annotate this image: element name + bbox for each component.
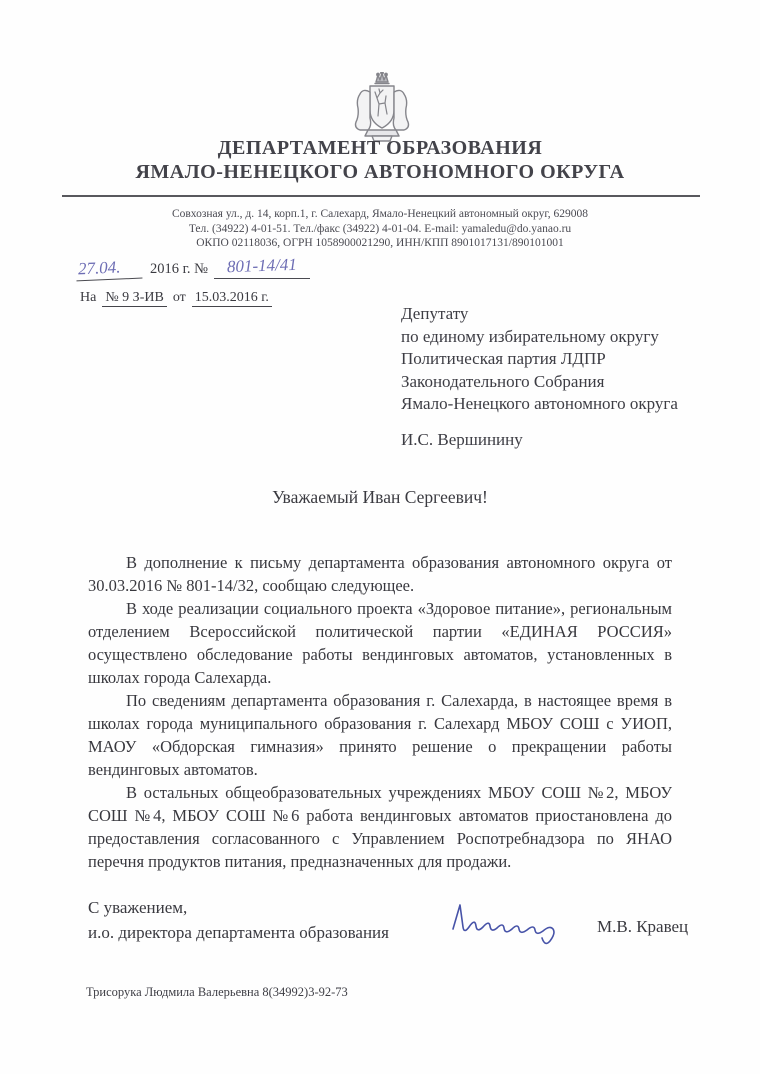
- address-line: Совхозная ул., д. 14, корп.1, г. Салехар…: [0, 207, 760, 222]
- salutation: Уважаемый Иван Сергеевич!: [0, 487, 760, 508]
- outgoing-number-field: 801-14/41: [214, 258, 310, 279]
- scanned-letter-page: ДЕПАРТАМЕНТ ОБРАЗОВАНИЯ ЯМАЛО-НЕНЕЦКОГО …: [0, 0, 760, 1074]
- closing-block: С уважением, и.о. директора департамента…: [88, 896, 389, 945]
- recipient-line: Политическая партия ЛДПР: [401, 348, 678, 371]
- header-divider: [62, 195, 700, 197]
- handwritten-signature-icon: [447, 897, 569, 954]
- date-printed-part: 2016 г. №: [150, 261, 208, 277]
- executor-contact: Трисорука Людмила Валерьевна 8(34992)3-9…: [86, 985, 348, 1000]
- reply-number: № 9 З-ИВ: [102, 290, 166, 307]
- address-line: Тел. (34922) 4-01-51. Тел./факс (34922) …: [0, 222, 760, 237]
- body-paragraph: В дополнение к письму департамента образ…: [88, 551, 672, 597]
- recipient-name: И.С. Вершинину: [401, 429, 678, 452]
- address-line: ОКПО 02118036, ОГРН 1058900021290, ИНН/К…: [0, 236, 760, 251]
- handwritten-date: 27.04.: [76, 257, 143, 282]
- org-title-line1: ДЕПАРТАМЕНТ ОБРАЗОВАНИЯ: [0, 136, 760, 160]
- recipient-line: по единому избирательному округу: [401, 326, 678, 349]
- org-address-block: Совхозная ул., д. 14, корп.1, г. Салехар…: [0, 207, 760, 251]
- handwritten-outgoing-number: 801-14/41: [227, 255, 298, 277]
- reply-from-word: от: [173, 290, 186, 305]
- org-title: ДЕПАРТАМЕНТ ОБРАЗОВАНИЯ ЯМАЛО-НЕНЕЦКОГО …: [0, 136, 760, 184]
- recipient-block: Депутату по единому избирательному округ…: [401, 303, 678, 451]
- recipient-line: Ямало-Ненецкого автономного округа: [401, 393, 678, 416]
- closing-line: и.о. директора департамента образования: [88, 921, 389, 946]
- recipient-line: Законодательного Собрания: [401, 371, 678, 394]
- reply-reference-line: На№ 9 З-ИВот15.03.2016 г.: [80, 290, 272, 306]
- reply-date: 15.03.2016 г.: [192, 290, 272, 307]
- letter-body: В дополнение к письму департамента образ…: [88, 551, 672, 873]
- signer-name: М.В. Кравец: [597, 917, 688, 937]
- outgoing-reference-line: 27.04.2016 г. №801-14/41: [76, 258, 310, 280]
- body-paragraph: В остальных общеобразовательных учрежден…: [88, 781, 672, 873]
- closing-line: С уважением,: [88, 896, 389, 921]
- body-paragraph: По сведениям департамента образования г.…: [88, 689, 672, 781]
- org-title-line2: ЯМАЛО-НЕНЕЦКОГО АВТОНОМНОГО ОКРУГА: [0, 160, 760, 184]
- reply-prefix: На: [80, 290, 96, 305]
- body-paragraph: В ходе реализации социального проекта «З…: [88, 597, 672, 689]
- recipient-line: Депутату: [401, 303, 678, 326]
